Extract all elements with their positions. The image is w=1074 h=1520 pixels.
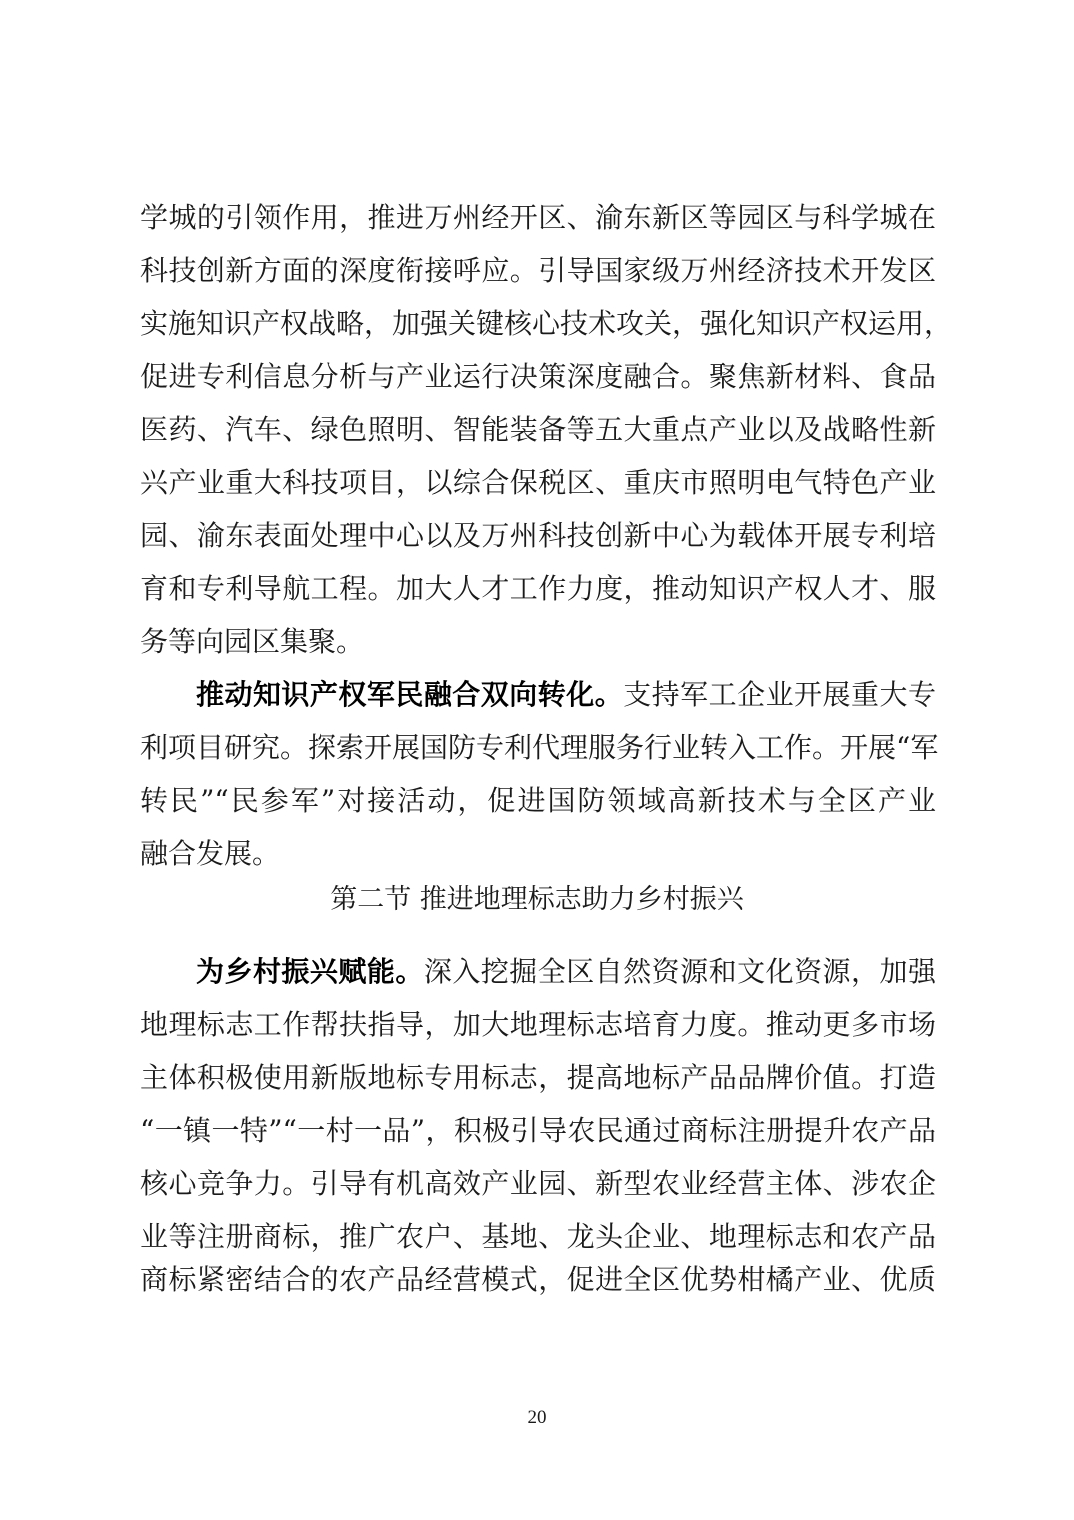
paragraph-first-line: 为乡村振兴赋能。深入挖掘全区自然资源和文化资源，加强 bbox=[196, 952, 936, 992]
text-line: 融合发展。 bbox=[140, 834, 936, 874]
text-line: 地理标志工作帮扶指导，加大地理标志培育力度。推动更多市场 bbox=[140, 1005, 936, 1045]
text-line: 核心竞争力。引导有机高效产业园、新型农业经营主体、涉农企 bbox=[140, 1164, 936, 1204]
text-line: 学城的引领作用，推进万州经开区、渝东新区等园区与科学城在 bbox=[140, 198, 936, 238]
text-line: 科技创新方面的深度衔接呼应。引导国家级万州经济技术开发区 bbox=[140, 251, 936, 291]
paragraph-text: 支持军工企业开展重大专 bbox=[623, 678, 936, 711]
text-line: 实施知识产权战略，加强关键核心技术攻关，强化知识产权运用， bbox=[140, 304, 936, 344]
page-number: 20 bbox=[0, 1406, 1074, 1430]
text-line: 促进专利信息分析与产业运行决策深度融合。聚焦新材料、食品 bbox=[140, 357, 936, 397]
text-line: 业等注册商标，推广农户、基地、龙头企业、地理标志和农产品 bbox=[140, 1217, 936, 1257]
text-line: 利项目研究。探索开展国防专利代理服务行业转入工作。开展“军 bbox=[140, 728, 936, 768]
section-heading: 第二节 推进地理标志助力乡村振兴 bbox=[0, 880, 1074, 920]
text-line: 园、渝东表面处理中心以及万州科技创新中心为载体开展专利培 bbox=[140, 516, 936, 556]
text-line: 商标紧密结合的农产品经营模式，促进全区优势柑橘产业、优质 bbox=[140, 1260, 936, 1300]
paragraph-text: 深入挖掘全区自然资源和文化资源，加强 bbox=[424, 955, 936, 988]
text-line: 务等向园区集聚。 bbox=[140, 622, 936, 662]
text-line: 育和专利导航工程。加大人才工作力度，推动知识产权人才、服 bbox=[140, 569, 936, 609]
text-line: “一镇一特”“一村一品”，积极引导农民通过商标注册提升农产品 bbox=[140, 1111, 936, 1151]
paragraph-lead-heading: 为乡村振兴赋能。 bbox=[196, 955, 424, 988]
text-line: 医药、汽车、绿色照明、智能装备等五大重点产业以及战略性新 bbox=[140, 410, 936, 450]
document-page: 学城的引领作用，推进万州经开区、渝东新区等园区与科学城在 科技创新方面的深度衔接… bbox=[0, 0, 1074, 1520]
text-line: 兴产业重大科技项目，以综合保税区、重庆市照明电气特色产业 bbox=[140, 463, 936, 503]
text-line: 主体积极使用新版地标专用标志，提高地标产品品牌价值。打造 bbox=[140, 1058, 936, 1098]
paragraph-lead-heading: 推动知识产权军民融合双向转化。 bbox=[196, 678, 623, 711]
text-line: 转民”“民参军”对接活动，促进国防领域高新技术与全区产业 bbox=[140, 781, 936, 821]
paragraph-first-line: 推动知识产权军民融合双向转化。支持军工企业开展重大专 bbox=[196, 675, 936, 715]
